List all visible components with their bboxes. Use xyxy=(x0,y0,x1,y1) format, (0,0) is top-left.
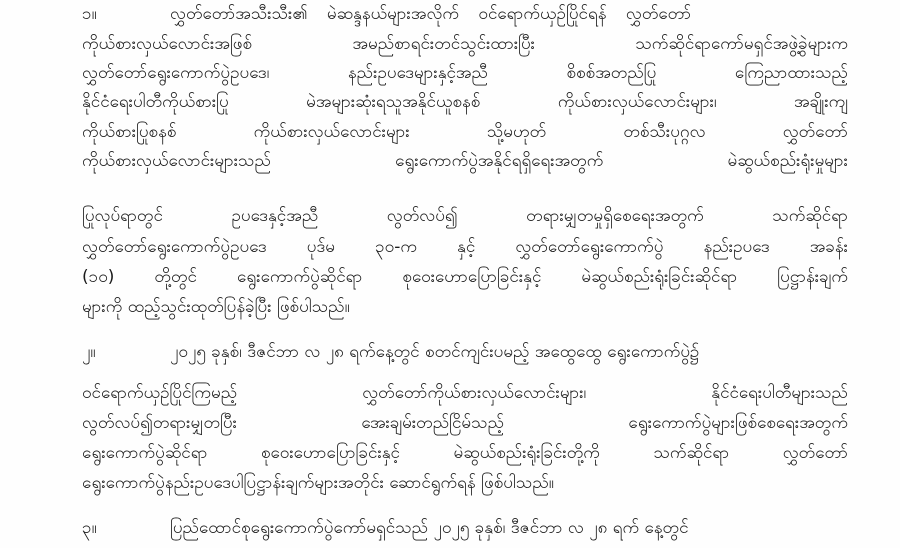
paragraph-line: လွှတ်တော်ရွေးကောက်ပွဲဥပဒေ၊ နည်းဥပဒေများန… xyxy=(82,58,848,88)
paragraph-line: ရွေးကောက်ပွဲဆိုင်ရာ စုဝေးဟောပြောခြင်းနှင… xyxy=(82,438,848,468)
document-page: ၁။လွှတ်တော်အသီးသီး၏ မဲဆန္ဒနယ်များအလိုက် … xyxy=(0,0,900,548)
paragraph-line: (၁၀) တို့တွင် ရွေးကောက်ပွဲဆိုင်ရာ စုဝေးဟ… xyxy=(82,262,848,292)
paragraph-line: ကိုယ်စားပြုစနစ် ကိုယ်စားလှယ်လောင်းများ သ… xyxy=(82,117,848,147)
paragraph-line: လွတ်လပ်၍တရားမျှတပြီး အေးချမ်းတည်ငြိမ်သည့… xyxy=(82,408,848,438)
paragraph-line: ၃။ပြည်ထောင်စုရွေးကောက်ပွဲကော်မရှင်သည် ၂၀… xyxy=(82,513,848,543)
paragraph-line: ၁။လွှတ်တော်အသီးသီး၏ မဲဆန္ဒနယ်များအလိုက် … xyxy=(82,0,848,29)
paragraph-line: ပြုလုပ်ရာတွင် ဥပဒေနှင့်အညီ လွတ်လပ်၍ တရား… xyxy=(82,201,848,231)
paragraph-line: ၂။၂၀၂၅ ခုနှစ်၊ ဒီဇင်ဘာ လ ၂၈ ရက်နေ့တွင် စ… xyxy=(82,337,848,367)
paragraph-number: ၂။ xyxy=(82,337,170,367)
paragraph-line: နိုင်ငံရေးပါတီကိုယ်စားပြု မဲအများဆုံးရသူ… xyxy=(82,87,848,117)
paragraph-line: ရွေးကောက်ပွဲနည်းဥပဒေပါပြဋ္ဌာန်းချက်များအ… xyxy=(82,468,848,498)
paragraph-line: လွှတ်တော်ရွေးကောက်ပွဲဥပဒေ ပုဒ်မ ၃၀-က နှင… xyxy=(82,232,848,262)
paragraph-number: ၁။ xyxy=(82,0,170,29)
paragraph-line: များကို ထည့်သွင်းထုတ်ပြန်ခဲ့ပြီး ဖြစ်ပါသ… xyxy=(82,292,848,322)
paragraph-line: ကိုယ်စားလှယ်လောင်းများသည် ရွေးကောက်ပွဲအန… xyxy=(82,146,848,176)
paragraph-line: ဝင်ရောက်ယှဉ်ပြိုင်ကြမည့် လွှတ်တော်ကိုယ်စ… xyxy=(82,378,848,408)
paragraph-number: ၃။ xyxy=(82,513,170,543)
paragraph-line: ကိုယ်စားလှယ်လောင်းအဖြစ် အမည်စာရင်းတင်သွင… xyxy=(82,29,848,59)
